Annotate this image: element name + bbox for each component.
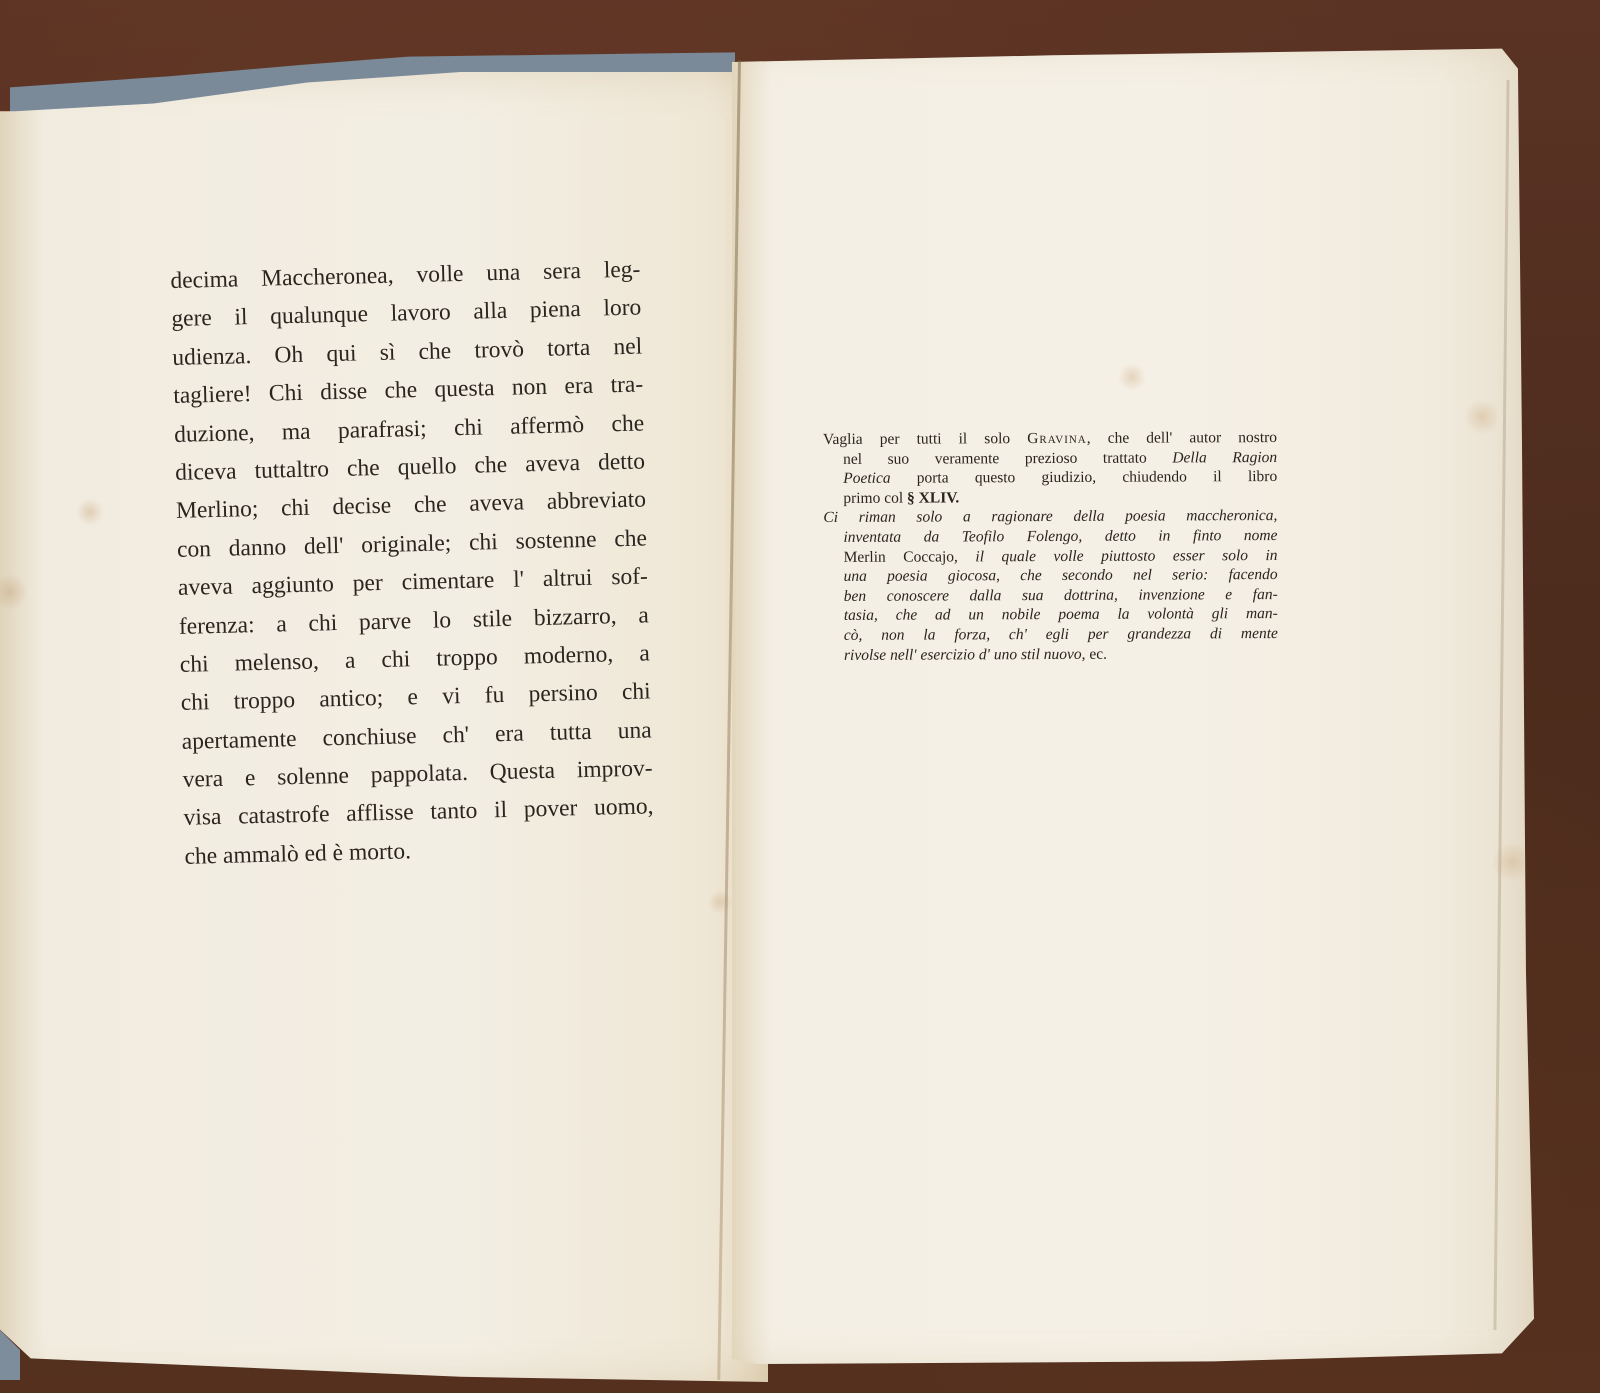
footnote-line: primo col § XLIV.: [823, 487, 1277, 509]
text-run: rivolse nell' esercizio d' uno stil nuov…: [844, 645, 1082, 663]
right-page-footnote: Vaglia per tutti il solo Gravina, che de…: [823, 428, 1278, 665]
quote-line: rivolse nell' esercizio d' uno stil nuov…: [824, 644, 1278, 666]
left-page-body-text: decima Maccheronea, volle una sera leg- …: [170, 251, 655, 877]
quote-line: Merlin Coccajo, il quale volle piuttosto…: [824, 546, 1278, 568]
quote-line: tasia, che ad un nobile poema la volontà…: [824, 604, 1278, 626]
footnote-line: Vaglia per tutti il solo Gravina, che de…: [823, 428, 1277, 450]
text-run: Merlin Coccajo,: [844, 548, 976, 566]
text-run: Vaglia per tutti il solo: [823, 430, 1027, 448]
section-reference: § XLIV.: [907, 489, 959, 506]
quote-line: ben conoscere dalla sua dottrina, invenz…: [824, 585, 1278, 607]
quote-line: Ci riman solo a ragionare della poesia m…: [823, 506, 1277, 528]
text-run: , ec.: [1082, 645, 1107, 662]
text-run: primo col: [843, 489, 907, 506]
text-run: , che dell' autor nostro: [1087, 429, 1277, 447]
text-run: nel suo veramente prezioso trattato: [843, 449, 1172, 467]
footnote-line: nel suo veramente prezioso trattato Dell…: [823, 448, 1277, 470]
quote-line: inventata da Teofilo Folengo, detto in f…: [823, 526, 1277, 548]
quote-line: una poesia giocosa, che secondo nel seri…: [824, 565, 1278, 587]
text-run: porta questo giudizio, chiudendo il libr…: [891, 468, 1278, 487]
work-title: Poetica: [843, 470, 890, 487]
right-page: [732, 42, 1534, 1372]
footnote-line: Poetica porta questo giudizio, chiudendo…: [823, 467, 1277, 489]
quote-line: cò, non la forza, ch' egli per grandezza…: [824, 624, 1278, 646]
author-name: Gravina: [1027, 430, 1087, 447]
text-run: il quale volle piuttosto esser solo in: [975, 547, 1277, 565]
work-title: Della Ragion: [1172, 449, 1277, 466]
